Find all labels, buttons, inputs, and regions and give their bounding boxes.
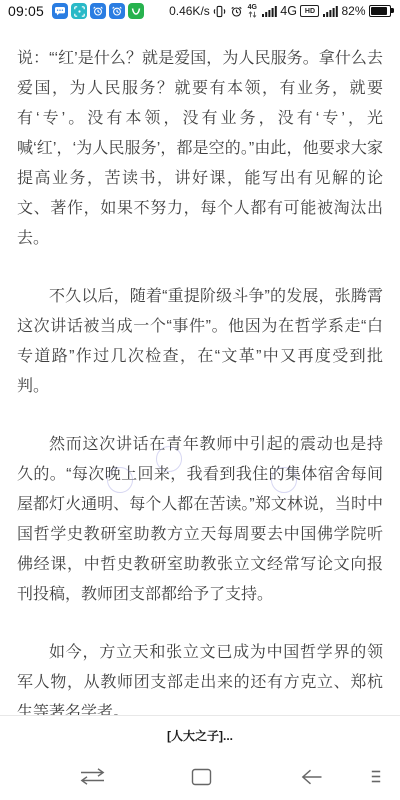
network-speed: 0.46K/s	[169, 4, 210, 18]
home-icon[interactable]	[187, 753, 215, 800]
back-icon[interactable]	[296, 753, 326, 800]
notification-icons	[52, 3, 144, 19]
status-bar: 09:05	[0, 0, 400, 22]
alarm-clock-icon	[109, 3, 125, 19]
page-title: [人大之子]...	[167, 727, 233, 744]
signal-bars-icon	[323, 6, 338, 17]
paragraph: 如今，方立天和张立文已成为中国哲学界的领军人物，从教师团支部走出来的还有方克立、…	[17, 638, 383, 715]
scan-icon	[71, 3, 87, 19]
vibrate-icon	[213, 5, 226, 18]
status-indicators: 0.46K/s 4G	[169, 4, 394, 18]
menu-icon[interactable]	[367, 753, 385, 800]
clock: 09:05	[8, 3, 44, 19]
battery-icon	[369, 5, 391, 17]
paragraph: 不久以后，随着“重提阶级斗争”的发展，张腾霄这次讲话被当成一个“事件”。他因为在…	[17, 282, 383, 402]
alarm-clock-outline-icon	[230, 5, 243, 18]
mobile-data-arrows-icon: 4G	[246, 4, 258, 18]
paragraph: 然而这次讲话在青年教师中引起的震动也是持久的。“每次晚上回来，我看到我住的集体宿…	[17, 430, 383, 610]
navigation-bar	[0, 753, 400, 800]
phone-screen: 09:05	[0, 0, 400, 800]
store-check-icon	[128, 3, 144, 19]
battery-fill	[371, 7, 387, 15]
alarm-clock-icon	[90, 3, 106, 19]
bottom-title-bar[interactable]: [人大之子]...	[0, 715, 400, 754]
battery-percent-label: 82%	[341, 4, 365, 18]
paragraph: 说：“‘红’是什么？就是爱国，为人民服务。拿什么去爱国，为人民服务？就要有本领，…	[17, 44, 383, 254]
switch-apps-icon[interactable]	[75, 753, 109, 800]
hd-voice-badge: HD	[300, 5, 319, 17]
message-icon	[52, 3, 68, 19]
signal-bars-icon	[262, 6, 277, 17]
article-content: 说：“‘红’是什么？就是爱国，为人民服务。拿什么去爱国，为人民服务？就要有本领，…	[0, 22, 400, 715]
network-type-label: 4G	[280, 4, 297, 18]
